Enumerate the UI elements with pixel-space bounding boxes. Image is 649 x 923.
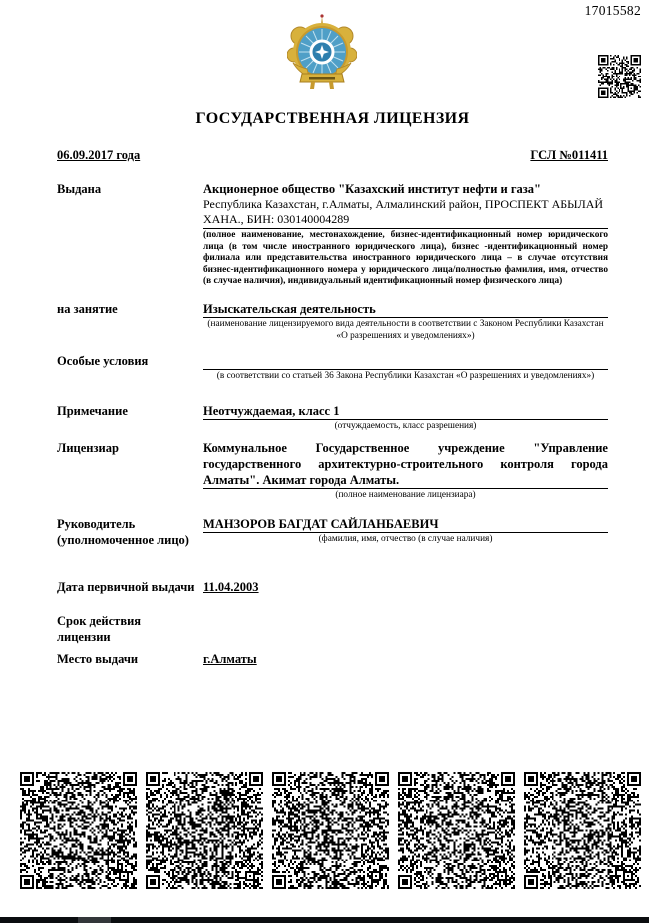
issued-caption: (полное наименование, местонахождение, б… [203,229,608,288]
document-body: ГОСУДАРСТВЕННАЯ ЛИЦЕНЗИЯ 06.09.2017 года… [57,110,608,667]
issued-address: Республика Казахстан, г.Алматы, Алмалинс… [203,197,608,229]
issued-name: Акционерное общество "Казахский институт… [203,181,608,197]
qr-code-bottom-4-icon [398,772,515,889]
first-issue-label: Дата первичной выдачи [57,579,203,595]
section-activity: на занятие Изыскательская деятельность (… [57,301,608,342]
special-conditions-label: Особые условия [57,353,203,383]
note-caption: (отчуждаемость, класс разрешения) [203,420,608,433]
issued-label: Выдана [57,181,203,288]
section-issued: Выдана Акционерное общество "Казахский и… [57,181,608,288]
special-conditions-caption: (в соответствии со статьей 36 Закона Рес… [203,370,608,383]
licensor-label: Лицензиар [57,440,203,502]
section-licensor: Лицензиар Коммунальное Государственное у… [57,440,608,502]
head-caption: (фамилия, имя, отчество (в случае наличи… [203,533,608,546]
activity-value: Изыскательская деятельность [203,301,608,318]
issue-place-label: Место выдачи [57,651,203,667]
licensor-value: Коммунальное Государственное учреждение … [203,440,608,489]
qr-code-bottom-3-icon [272,772,389,889]
head-label-line2: (уполномоченное лицо) [57,532,197,548]
head-label: Руководитель (уполномоченное лицо) [57,516,203,548]
activity-label: на занятие [57,301,203,342]
doc-number: 17015582 [585,3,641,19]
licensor-caption: (полное наименование лицензиара) [203,489,608,502]
issue-place-value: г.Алматы [203,652,257,666]
section-special-conditions: Особые условия (в соответствии со статье… [57,353,608,383]
section-issue-place: Место выдачи г.Алматы [57,651,608,667]
qr-code-row [20,772,641,889]
bottom-edge-bar-segment [78,917,111,923]
activity-caption: (наименование лицензируемого вида деятел… [203,318,608,342]
section-note: Примечание Неотчуждаемая, класс 1 (отчуж… [57,403,608,433]
note-value: Неотчуждаемая, класс 1 [203,403,608,420]
issue-date: 06.09.2017 года [57,148,140,163]
special-conditions-value [203,353,608,370]
qr-code-bottom-1-icon [20,772,137,889]
qr-code-top-icon [598,55,641,98]
license-number: ГСЛ №011411 [530,148,608,163]
section-validity: Срок действия лицензии [57,613,608,645]
bottom-edge-bar [0,917,649,923]
section-first-issue: Дата первичной выдачи 11.04.2003 [57,579,608,595]
first-issue-value: 11.04.2003 [203,580,259,594]
note-label: Примечание [57,403,203,433]
license-document: 17015582 [0,0,649,923]
validity-value [167,613,608,645]
validity-label: Срок действия лицензии [57,613,167,645]
qr-code-bottom-2-icon [146,772,263,889]
head-value: МАНЗОРОВ БАГДАТ САЙЛАНБАЕВИЧ [203,516,608,533]
header-row: 06.09.2017 года ГСЛ №011411 [57,148,608,163]
section-head: Руководитель (уполномоченное лицо) МАНЗО… [57,516,608,548]
document-title: ГОСУДАРСТВЕННАЯ ЛИЦЕНЗИЯ [57,110,608,128]
qr-code-bottom-5-icon [524,772,641,889]
kazakhstan-emblem-icon [287,11,357,91]
head-label-line1: Руководитель [57,516,197,532]
